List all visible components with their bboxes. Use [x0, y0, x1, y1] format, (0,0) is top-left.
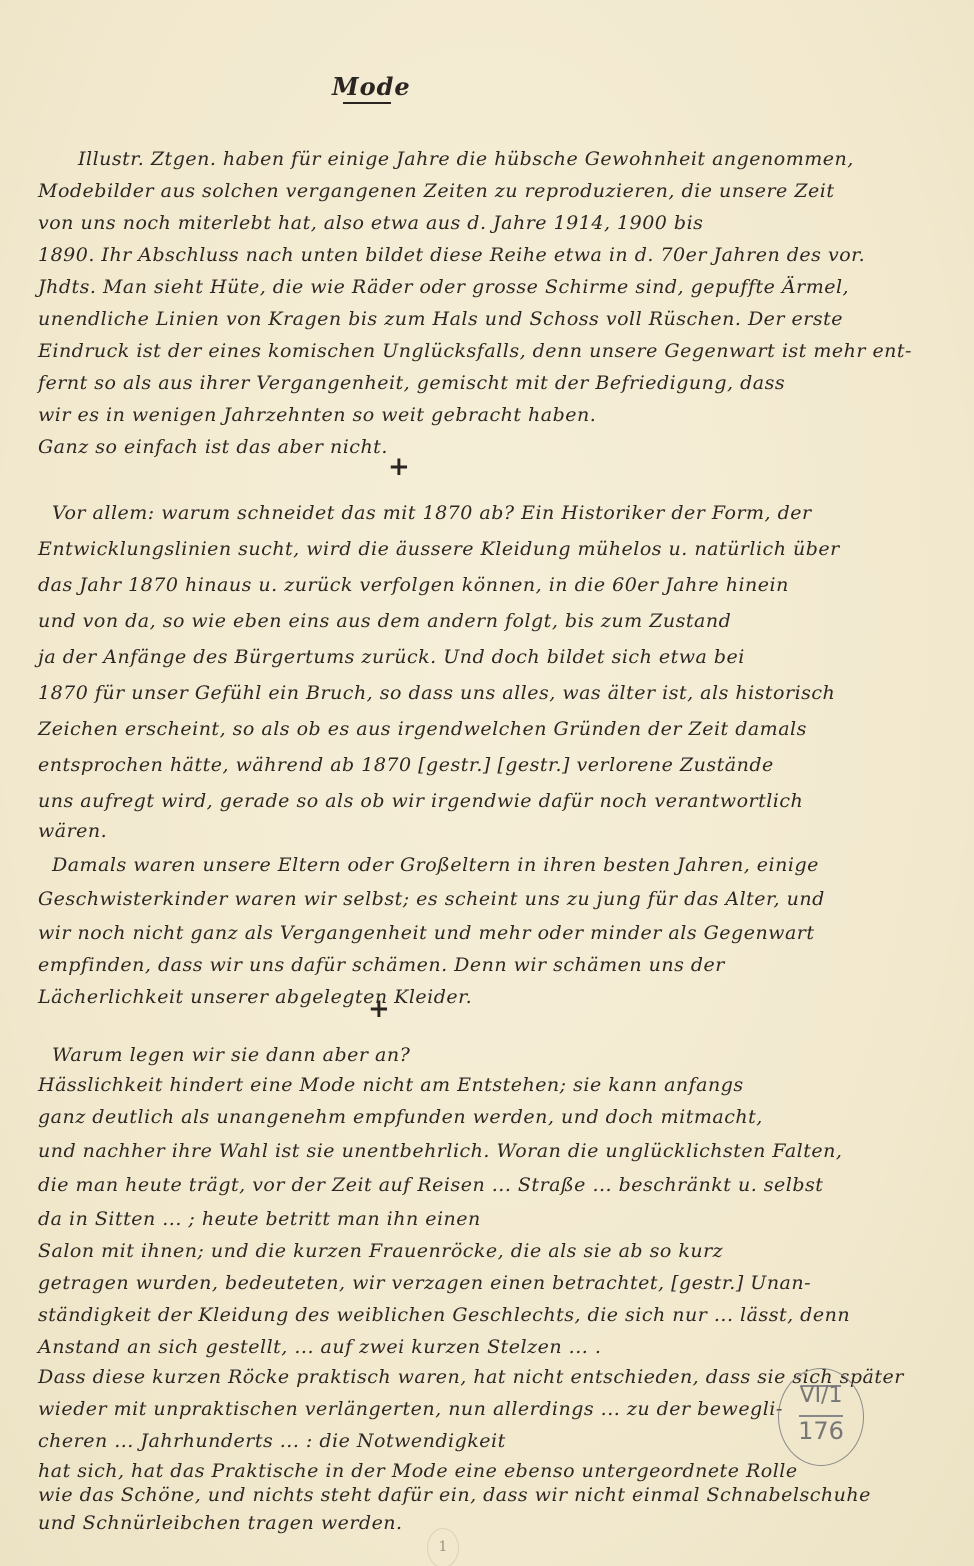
text-line: 1870 für unser Gefühl ein Bruch, so dass… [38, 682, 835, 704]
text-line: die man heute trägt, vor der Zeit auf Re… [38, 1174, 823, 1196]
text-line: hat sich, hat das Praktische in der Mode… [38, 1460, 798, 1482]
text-line: Vor allem: warum schneidet das mit 1870 … [52, 502, 812, 524]
title-underline [343, 102, 391, 104]
folio-number: 1 [427, 1528, 459, 1566]
text-line: Entwicklungslinien sucht, wird die äusse… [38, 538, 840, 560]
text-line: Eindruck ist der eines komischen Unglück… [38, 340, 912, 362]
text-line: wären. [38, 820, 107, 842]
text-line: von uns noch miterlebt hat, also etwa au… [38, 212, 703, 234]
text-line: wir noch nicht ganz als Vergangenheit un… [38, 922, 815, 944]
text-line: Dass diese kurzen Röcke praktisch waren,… [38, 1366, 904, 1388]
text-line: das Jahr 1870 hinaus u. zurück verfolgen… [38, 574, 789, 596]
text-line: Geschwisterkinder waren wir selbst; es s… [38, 888, 825, 910]
section-separator-cross: + [368, 994, 390, 1024]
text-line: und von da, so wie eben eins aus dem and… [38, 610, 731, 632]
text-line: Anstand an sich gestellt, ... auf zwei k… [38, 1336, 601, 1358]
text-line: fernt so als aus ihrer Vergangenheit, ge… [38, 372, 785, 394]
text-line: Warum legen wir sie dann aber an? [52, 1044, 410, 1066]
text-line: unendliche Linien von Kragen bis zum Hal… [38, 308, 843, 330]
text-line: entsprochen hätte, während ab 1870 [gest… [38, 754, 774, 776]
archive-stamp: VI/1 176 [778, 1368, 864, 1466]
text-line: Illustr. Ztgen. haben für einige Jahre d… [78, 148, 728, 170]
text-line: Modebilder aus solchen vergangenen Zeite… [38, 180, 834, 202]
text-line: Jhdts. Man sieht Hüte, die wie Räder ode… [38, 276, 849, 298]
text-line: wir es in wenigen Jahrzehnten so weit ge… [38, 404, 596, 426]
stamp-signature-bottom: 176 [779, 1417, 863, 1445]
text-line: Zeichen erscheint, so als ob es aus irge… [38, 718, 807, 740]
section-separator-cross: + [388, 452, 410, 482]
text-line: getragen wurden, bedeuteten, wir verzage… [38, 1272, 811, 1294]
text-line: ständigkeit der Kleidung des weiblichen … [38, 1304, 850, 1326]
text-line: empfinden, dass wir uns dafür schämen. D… [38, 954, 725, 976]
text-line: und nachher ihre Wahl ist sie unentbehrl… [38, 1140, 842, 1162]
text-line: Lächerlichkeit unserer abgelegten Kleide… [38, 986, 472, 1008]
text-line: Salon mit ihnen; und die kurzen Frauenrö… [38, 1240, 723, 1262]
text-line: Hässlichkeit hindert eine Mode nicht am … [38, 1074, 744, 1096]
text-line: da in Sitten ... ; heute betritt man ihn… [38, 1208, 481, 1230]
text-line: wieder mit unpraktischen verlängerten, n… [38, 1398, 783, 1420]
text-line: und Schnürleibchen tragen werden. [38, 1512, 403, 1534]
page-title: Mode [332, 72, 411, 101]
text-line: ganz deutlich als unangenehm empfunden w… [38, 1106, 763, 1128]
text-line: ja der Anfänge des Bürgertums zurück. Un… [38, 646, 745, 668]
text-line: cheren ... Jahrhunderts ... : die Notwen… [38, 1430, 506, 1452]
stamp-signature-top: VI/1 [779, 1383, 863, 1408]
text-line: wie das Schöne, und nichts steht dafür e… [38, 1484, 871, 1506]
text-line: Ganz so einfach ist das aber nicht. [38, 436, 388, 458]
manuscript-page: Mode Illustr. Ztgen. haben für einige Ja… [0, 0, 974, 1566]
text-line: uns aufregt wird, gerade so als ob wir i… [38, 790, 803, 812]
text-line: 1890. Ihr Abschluss nach unten bildet di… [38, 244, 865, 266]
text-line: Damals waren unsere Eltern oder Großelte… [52, 854, 819, 876]
